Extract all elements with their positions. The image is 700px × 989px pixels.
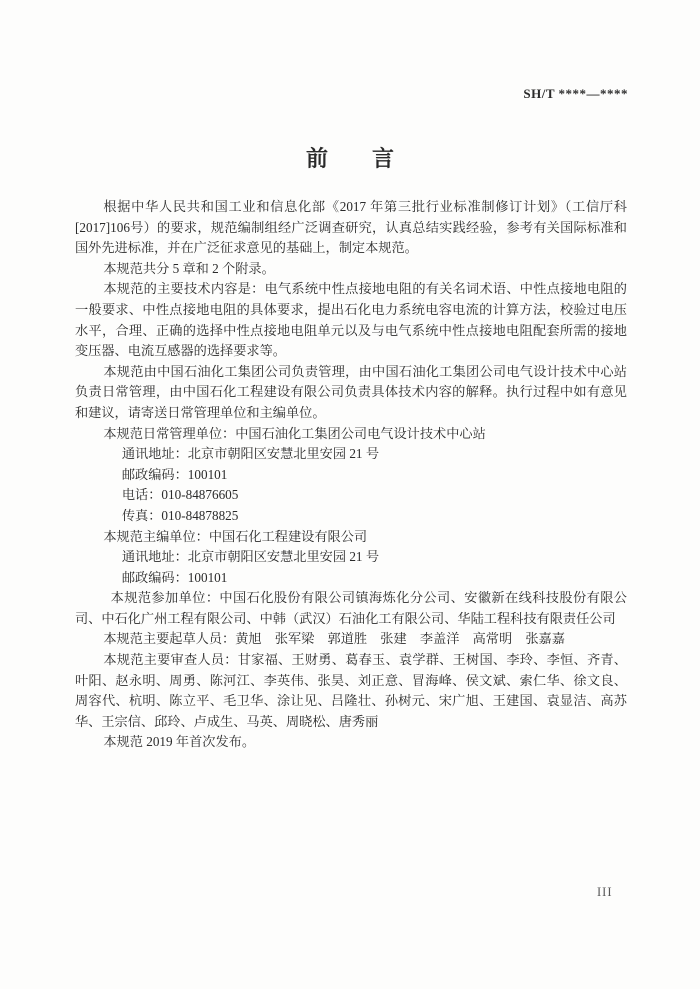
line-drafters: 本规范主要起草人员：黄旭 张军梁 郭道胜 张建 李盖洋 高常明 张嘉嘉 bbox=[75, 629, 627, 650]
foreword-body: 根据中华人民共和国工业和信息化部《2017 年第三批行业标准制修订计划》（工信厅… bbox=[75, 197, 627, 753]
page-title: 前 言 bbox=[0, 142, 700, 173]
document-page: SH/T ****—**** 前 言 根据中华人民共和国工业和信息化部《2017… bbox=[0, 0, 700, 989]
line-phone: 电话：010-84876605 bbox=[75, 485, 627, 506]
line-address-2: 通讯地址：北京市朝阳区安慧北里安园 21 号 bbox=[75, 547, 627, 568]
line-chief-editor-unit: 本规范主编单位：中国石化工程建设有限公司 bbox=[75, 527, 627, 548]
line-fax: 传真：010-84878825 bbox=[75, 506, 627, 527]
line-participating-units: 本规范参加单位：中国石化股份有限公司镇海炼化分公司、安徽新在线科技股份有限公司、… bbox=[75, 588, 627, 629]
standard-code: SH/T ****—**** bbox=[523, 86, 628, 102]
paragraph-basis: 根据中华人民共和国工业和信息化部《2017 年第三批行业标准制修订计划》（工信厅… bbox=[75, 197, 627, 259]
paragraph-chapters: 本规范共分 5 章和 2 个附录。 bbox=[75, 259, 627, 280]
line-daily-management-unit: 本规范日常管理单位：中国石油化工集团公司电气设计技术中心站 bbox=[75, 424, 627, 445]
line-address-1: 通讯地址：北京市朝阳区安慧北里安园 21 号 bbox=[75, 444, 627, 465]
page-number: III bbox=[597, 885, 613, 900]
paragraph-management: 本规范由中国石油化工集团公司负责管理，由中国石油化工集团公司电气设计技术中心站负… bbox=[75, 362, 627, 424]
paragraph-technical-content: 本规范的主要技术内容是：电气系统中性点接地电阻的有关名词术语、中性点接地电阻的一… bbox=[75, 279, 627, 361]
line-postcode-1: 邮政编码：100101 bbox=[75, 465, 627, 486]
line-reviewers: 本规范主要审查人员：甘家福、王财勇、葛春玉、袁学群、王树国、李玲、李恒、齐青、叶… bbox=[75, 650, 627, 732]
line-postcode-2: 邮政编码：100101 bbox=[75, 568, 627, 589]
line-release-note: 本规范 2019 年首次发布。 bbox=[75, 732, 627, 753]
